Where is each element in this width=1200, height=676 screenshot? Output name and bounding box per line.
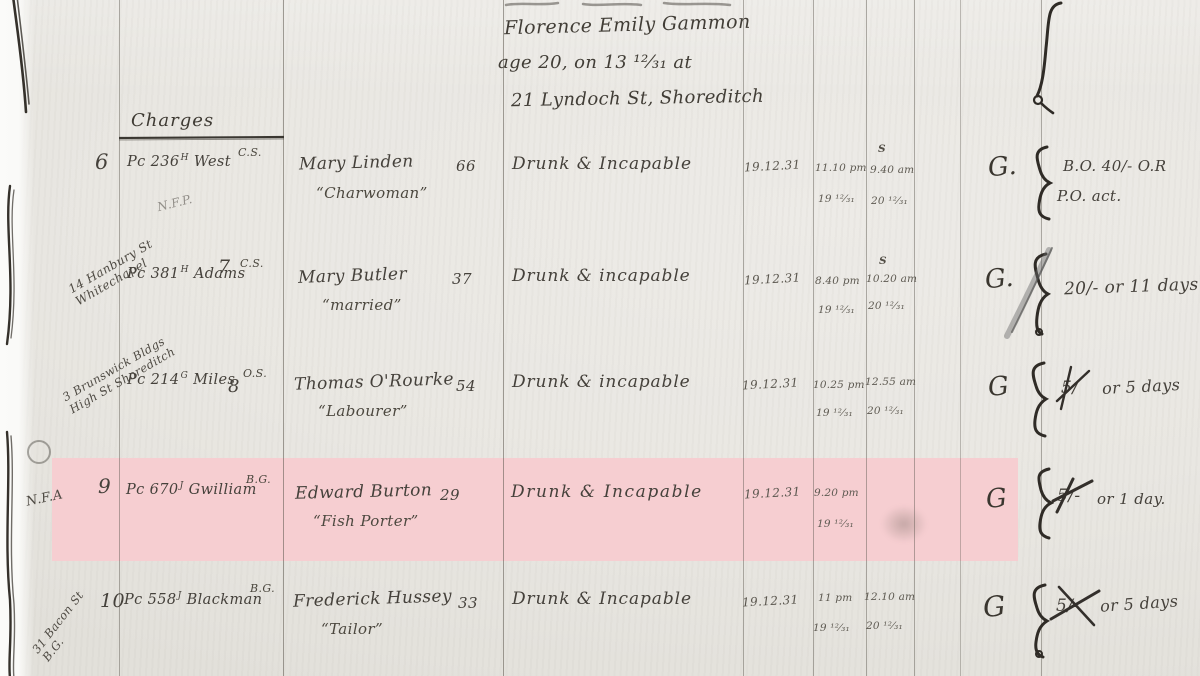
division-letter: J	[180, 481, 184, 491]
column-rule	[283, 0, 284, 676]
division-letter: H	[181, 153, 189, 163]
time-discharged: 12.55 am	[865, 376, 916, 388]
time-received: 9.20 pm	[814, 487, 859, 499]
date-of-charge: 19.12.31	[744, 485, 801, 502]
sentence-term: or 5 days	[1102, 375, 1181, 398]
offence: Drunk & incapable	[512, 266, 691, 286]
time-received-date: 19 ¹²⁄₃₁	[813, 622, 850, 634]
officer-name: Adams	[194, 266, 246, 282]
time-received: 11 pm	[818, 592, 852, 604]
time-received-date: 19 ¹²⁄₃₁	[816, 407, 853, 419]
station-initials: O.S.	[243, 367, 267, 380]
highlight-overlay	[52, 458, 1018, 561]
top-entry-line: Florence Emily Gammon	[504, 11, 751, 39]
offence: Drunk & Incapable	[512, 589, 692, 609]
station-initials: B.G.	[246, 473, 271, 486]
date-of-charge: 19.12.31	[742, 376, 799, 393]
column-rule	[960, 0, 961, 676]
division-letter: H	[181, 265, 189, 275]
column-rule	[503, 0, 504, 676]
summons-mark: S	[878, 143, 886, 155]
prisoner-name: Frederick Hussey	[293, 586, 453, 612]
charge-officer: Pc 381H Adams	[127, 266, 245, 282]
heading-underline	[119, 137, 284, 140]
pc-number: Pc 381	[127, 266, 180, 282]
date-of-charge: 19.12.31	[742, 593, 799, 610]
sentence-term: or 1 day.	[1097, 490, 1166, 508]
charge-officer: Pc 558J Blackman	[124, 592, 262, 608]
prisoner-occupation: “Labourer”	[318, 402, 408, 420]
verdict: G	[985, 483, 1009, 515]
struck-amount: 5/-	[1056, 596, 1080, 616]
time-discharged: 12.10 am	[864, 591, 915, 603]
division-letter: G	[181, 371, 189, 381]
division-letter: J	[178, 591, 182, 601]
prisoner-name: Edward Burton	[295, 480, 433, 504]
verdict: G	[982, 589, 1008, 624]
time-discharged-date: 20 ¹²⁄₃₁	[871, 195, 908, 207]
prisoner-occupation: “Charwoman”	[316, 184, 428, 202]
verdict: G	[987, 371, 1011, 403]
time-received: 8.40 pm	[815, 275, 860, 287]
prisoner-name: Thomas O'Rourke	[294, 369, 455, 395]
brace-mark	[1033, 363, 1046, 436]
prisoner-age: 33	[458, 594, 478, 612]
column-rule	[119, 0, 120, 676]
sentence-line: B.O. 40/- O.R	[1063, 157, 1166, 175]
struck-amount: 5/	[1061, 378, 1078, 398]
offence: Drunk & Incapable	[512, 154, 692, 174]
column-rule	[1041, 0, 1042, 676]
time-discharged-date: 20 ¹²⁄₃₁	[867, 405, 904, 417]
time-discharged: 10.20 am	[866, 273, 917, 285]
prisoner-occupation: “married”	[322, 296, 402, 314]
charge-officer: Pc 670J Gwilliam	[126, 482, 257, 498]
verdict: G.	[987, 151, 1018, 183]
charges-column-heading: Charges	[131, 110, 214, 131]
prisoner-occupation: “Fish Porter”	[313, 512, 419, 530]
prisoner-age: 66	[456, 157, 476, 175]
top-entry-line: age 20, on 13 ¹²⁄₃₁ at	[498, 52, 692, 73]
date-of-charge: 19.12.31	[744, 271, 801, 288]
prisoner-age: 37	[452, 270, 472, 288]
cropped-text-fragment	[506, 3, 730, 5]
page-binding-edge	[0, 0, 34, 676]
ink-stain	[872, 498, 936, 550]
row-number: 10	[100, 590, 125, 612]
pc-number: Pc 670	[126, 482, 179, 498]
column-rule	[914, 0, 915, 676]
verdict: G.	[984, 263, 1015, 295]
time-received-date: 19 ¹²⁄₃₁	[818, 193, 855, 205]
margin-note: 31 Bacon St B.G.	[30, 589, 97, 664]
sentence-term: or 5 days	[1099, 591, 1178, 615]
station-initials: C.S.	[238, 146, 262, 159]
prisoner-name: Mary Linden	[299, 152, 414, 175]
margin-note: N.F.P.	[156, 192, 194, 214]
time-received-date: 19 ¹²⁄₃₁	[818, 304, 855, 316]
pc-number: Pc 236	[127, 154, 180, 170]
date-of-charge: 19.12.31	[744, 158, 801, 175]
charge-officer: Pc 214G Miles	[127, 372, 235, 388]
time-discharged-date: 20 ¹²⁄₃₁	[866, 620, 903, 632]
sentence-line: P.O. act.	[1057, 187, 1122, 205]
pc-number: Pc 214	[127, 372, 180, 388]
officer-name: Miles	[193, 372, 235, 388]
officer-name: West	[194, 154, 231, 170]
column-rule	[866, 0, 867, 676]
time-discharged-date: 20 ¹²⁄₃₁	[868, 300, 905, 312]
sentence-term: 20/- or 11 days	[1064, 275, 1199, 300]
struck-amount: 5/-	[1057, 486, 1081, 506]
time-received: 11.10 pm	[815, 162, 867, 174]
top-entry-line: 21 Lyndoch St, Shoreditch	[511, 86, 764, 111]
prisoner-age: 54	[456, 377, 476, 395]
offence: Drunk & Incapable	[511, 482, 703, 502]
station-initials: C.S.	[240, 257, 264, 270]
prisoner-occupation: “Tailor”	[321, 620, 383, 638]
row-number: 9	[98, 474, 111, 498]
time-discharged: 9.40 am	[870, 164, 914, 176]
time-received-date: 19 ¹²⁄₃₁	[817, 518, 854, 530]
summons-mark: S	[879, 255, 887, 267]
prisoner-name: Mary Butler	[298, 264, 408, 288]
prisoner-age: 29	[440, 486, 460, 504]
brace-marks	[1033, 3, 1061, 657]
charge-officer: Pc 236H West	[127, 154, 231, 170]
offence: Drunk & incapable	[512, 372, 691, 392]
time-received: 10.25 pm	[813, 379, 865, 391]
station-initials: B.G.	[250, 582, 275, 595]
pc-number: Pc 558	[124, 592, 177, 608]
register-page: Florence Emily Gammon age 20, on 13 ¹²⁄₃…	[0, 0, 1200, 676]
brace-mark	[1037, 147, 1050, 219]
column-rule	[813, 0, 814, 676]
row-number: 6	[95, 150, 109, 174]
